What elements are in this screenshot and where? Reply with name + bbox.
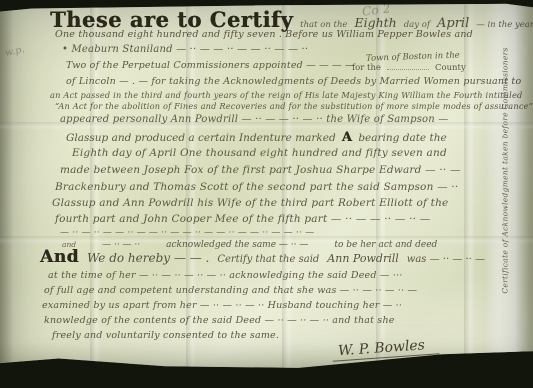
blackletter-and: And bbox=[40, 247, 79, 267]
doc-line-exhibit: Glassup and produced a certain Indenture… bbox=[66, 130, 447, 145]
exhibit-post: bearing date the bbox=[358, 132, 446, 144]
doc-line: • Meaburn Staniland — ·· — — ·· — — ·· —… bbox=[62, 44, 308, 55]
exhibit-pre: Glassup and produced a certain Indenture… bbox=[66, 132, 336, 144]
doc-line: made between Joseph Fox of the first par… bbox=[60, 164, 461, 176]
certify-was: was — ·· — ·· — bbox=[407, 254, 485, 265]
doc-line: One thousand eight hundred and fifty sev… bbox=[55, 29, 473, 40]
signature-commissioner-2: M. Staniland bbox=[328, 361, 407, 378]
signature-commissioner-1: W. P. Bowles bbox=[332, 336, 440, 361]
title-print-3: — in the year bbox=[476, 20, 533, 30]
parchment-sheet: Co 2 w.p. These are to Certify that on t… bbox=[0, 0, 533, 388]
day-value: Eighth bbox=[354, 15, 396, 30]
doc-line: Eighth day of April One thousand eight h… bbox=[72, 147, 447, 159]
doc-line: Glassup and Ann Powdrill his Wife of the… bbox=[52, 197, 448, 209]
interline-print-post: County bbox=[435, 63, 466, 73]
blank-rule bbox=[387, 62, 429, 70]
doc-line: freely and voluntarily consented to the … bbox=[52, 330, 279, 341]
doc-line: Brackenbury and Thomas Scott of the seco… bbox=[55, 181, 458, 193]
interline-print-pre: for the bbox=[352, 63, 381, 73]
docket-caption-text: Certificate of Acknowledgment taken befo… bbox=[501, 47, 510, 293]
doc-line: examined by us apart from her — ·· — ·· … bbox=[42, 300, 402, 311]
document-scan: Co 2 w.p. These are to Certify that on t… bbox=[0, 0, 533, 388]
exhibit-mark: A bbox=[342, 130, 353, 145]
dash-filler-line: — ·· — ·· — — ·· — — ·· — — ·· — — ·· — … bbox=[60, 228, 314, 238]
doc-line: of full age and competent understanding … bbox=[44, 285, 417, 296]
doc-line: at the time of her — ·· — ·· — ·· — ·· a… bbox=[48, 270, 402, 281]
certify-print: Certify that the said bbox=[217, 254, 319, 265]
doc-line: fourth part and John Cooper Mee of the f… bbox=[55, 213, 430, 225]
docket-caption: Certificate of Acknowledgment taken befo… bbox=[497, 40, 513, 300]
doc-line: appeared personally Ann Powdrill — ·· — … bbox=[60, 114, 449, 125]
doc-line: an Act passed in the third and fourth ye… bbox=[50, 90, 522, 100]
interlineation: Town of Boston in the for the County bbox=[352, 52, 466, 73]
certify-row: And We do hereby — — . Certify that the … bbox=[40, 247, 485, 267]
we-do-hereby: We do hereby — — . bbox=[87, 251, 209, 265]
doc-line: of Lincoln — . — for taking the Acknowle… bbox=[66, 76, 521, 87]
doc-line: “An Act for the abolition of Fines and R… bbox=[55, 101, 533, 111]
certify-name: Ann Powdrill bbox=[327, 252, 398, 265]
fold-crease bbox=[282, 0, 293, 388]
doc-line: Two of the Perpetual Commissioners appoi… bbox=[66, 60, 355, 71]
margin-annotation: w.p. bbox=[4, 44, 26, 59]
doc-line: knowledge of the contents of the said De… bbox=[44, 315, 395, 326]
